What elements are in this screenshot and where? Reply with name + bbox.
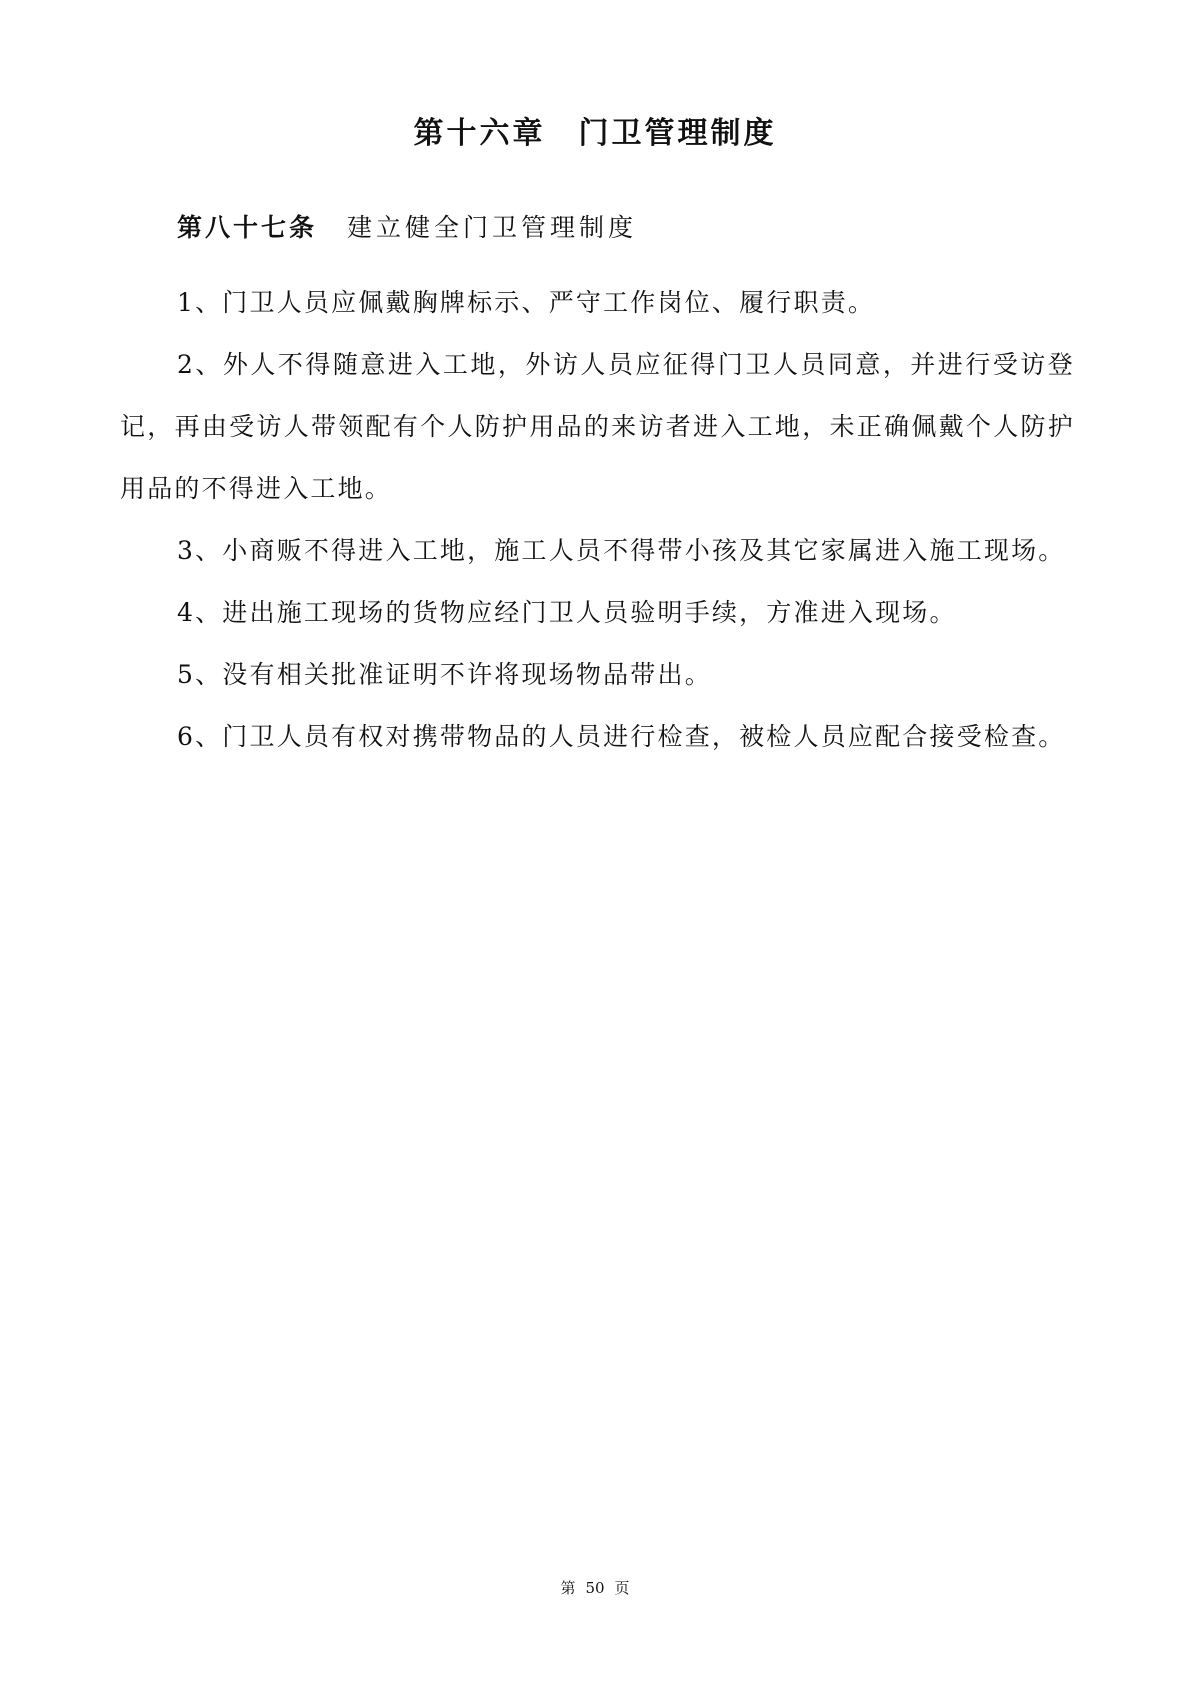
paragraph-5: 5、没有相关批准证明不许将现场物品带出。 xyxy=(120,644,1075,706)
paragraph-6: 6、门卫人员有权对携带物品的人员进行检查，被检人员应配合接受检查。 xyxy=(120,706,1075,768)
chapter-title: 第十六章 门卫管理制度 xyxy=(0,112,1190,156)
article-number: 第八十七条 xyxy=(177,213,317,242)
page-footer: 第50页 xyxy=(0,1576,1190,1600)
page-prefix: 第 xyxy=(560,1579,575,1597)
paragraph-3: 3、小商贩不得进入工地，施工人员不得带小孩及其它家属进入施工现场。 xyxy=(120,520,1075,582)
paragraph-4: 4、进出施工现场的货物应经门卫人员验明手续，方准进入现场。 xyxy=(120,582,1075,644)
paragraph-2: 2、外人不得随意进入工地，外访人员应征得门卫人员同意，并进行受访登记，再由受访人… xyxy=(120,334,1075,520)
page-suffix: 页 xyxy=(615,1579,630,1597)
page-number: 50 xyxy=(585,1579,604,1597)
article-title: 建立健全门卫管理制度 xyxy=(347,213,637,242)
paragraph-1: 1、门卫人员应佩戴胸牌标示、严守工作岗位、履行职责。 xyxy=(120,272,1075,334)
article-body: 1、门卫人员应佩戴胸牌标示、严守工作岗位、履行职责。 2、外人不得随意进入工地，… xyxy=(120,272,1075,768)
article-heading: 第八十七条建立健全门卫管理制度 xyxy=(177,208,637,248)
